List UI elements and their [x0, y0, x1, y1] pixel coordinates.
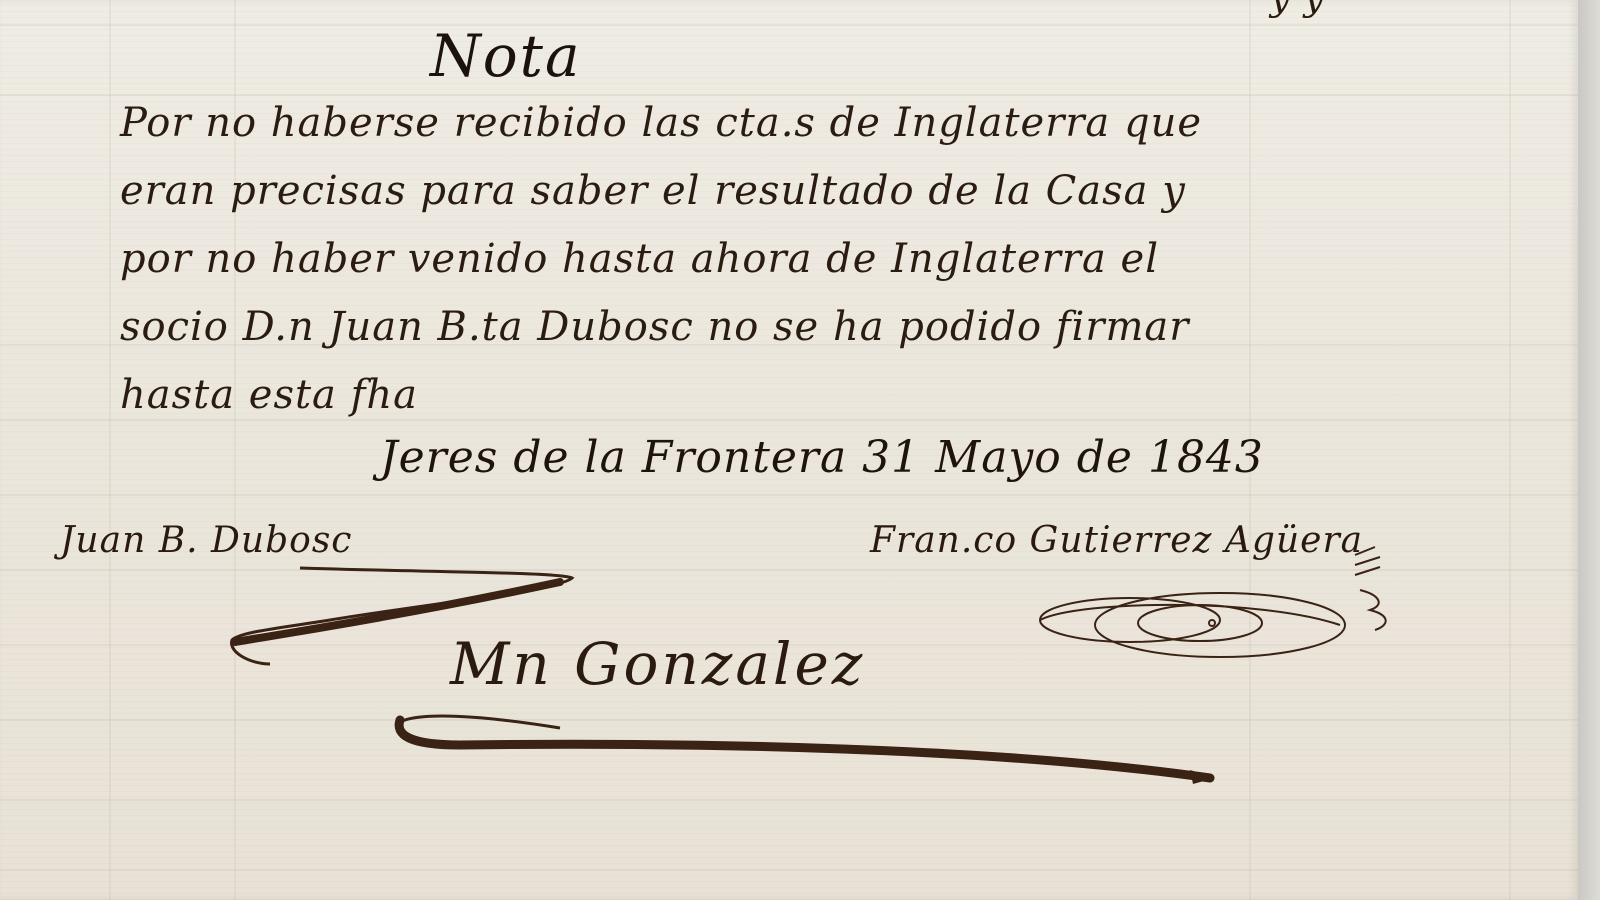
- place-and-date: Jeres de la Frontera 31 Mayo de 1843: [380, 432, 1264, 483]
- page-edge-binding: [1578, 0, 1600, 900]
- body-line-2: eran precisas para saber el resultado de…: [120, 168, 1186, 214]
- body-line-4: socio D.n Juan B.ta Dubosc no se ha podi…: [120, 304, 1189, 350]
- note-heading: Nota: [430, 22, 582, 90]
- ledger-page: y y Nota Por no haberse recibido las cta…: [0, 0, 1578, 900]
- previous-entry-fragment: y y: [1270, 0, 1325, 19]
- signature-dubosc: Juan B. Dubosc: [60, 520, 352, 561]
- body-line-5: hasta esta fha: [120, 372, 418, 418]
- signature-gutierrez: Fran.co Gutierrez Agüera: [870, 520, 1363, 561]
- body-line-3: por no haber venido hasta ahora de Ingla…: [120, 236, 1159, 282]
- body-line-1: Por no haberse recibido las cta.s de Ing…: [120, 100, 1202, 146]
- signature-gonzalez: Mn Gonzalez: [450, 630, 865, 698]
